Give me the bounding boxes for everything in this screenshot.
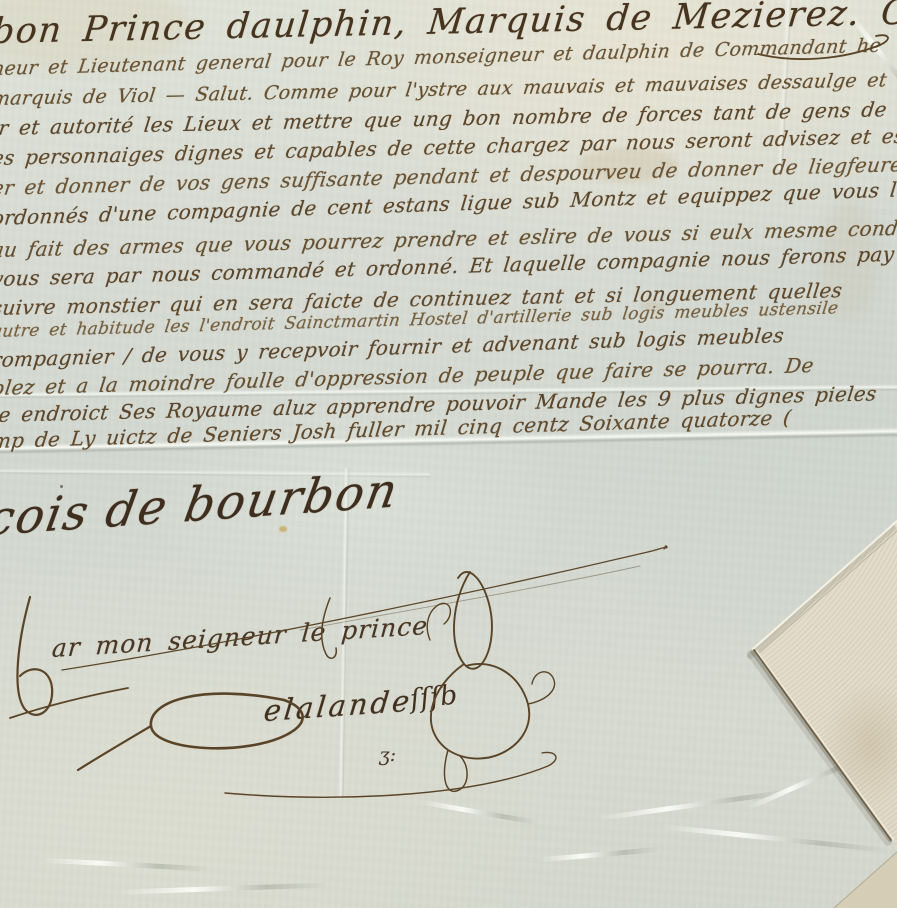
paper-wrinkle	[660, 824, 889, 853]
paraph-tail	[10, 688, 128, 718]
small-yellow-fleck	[279, 526, 287, 532]
sheet-edge-highlight-lower	[757, 651, 894, 840]
sheet-edge-shadow-upper	[750, 528, 893, 656]
paper-wrinkle	[745, 750, 875, 812]
sheet-edge-highlight-upper	[753, 521, 897, 649]
paper-wrinkle	[120, 882, 330, 894]
paper-wrinkle	[540, 847, 660, 862]
cipher-small-loop	[427, 603, 450, 640]
under-sheet-edge	[834, 852, 897, 908]
paper-wrinkle	[420, 800, 539, 826]
signature-flourish-marks: ſſſb	[409, 680, 459, 716]
manuscript-photo: bon Prince daulphin, Marquis de Mezierez…	[0, 0, 897, 908]
paraph-initial	[17, 597, 52, 715]
sheet-edge-shadow-lower	[751, 654, 888, 842]
cipher-descender	[444, 750, 467, 791]
signature-francois-de-bourbon: çois de bourbon	[0, 463, 403, 548]
sheet-edge-hairline-upper	[757, 531, 897, 655]
signature-delalande: elalande	[262, 683, 414, 728]
docket-line: ar mon seigneur le prince	[51, 611, 429, 663]
pen-stroke-dot	[664, 545, 667, 548]
paper-wrinkle	[40, 858, 210, 872]
sheet-edge-line-lower	[754, 650, 891, 840]
cipher-right-bump	[528, 672, 555, 704]
delalande-d-tail	[78, 726, 151, 770]
paper-wrinkle	[599, 788, 798, 821]
cipher-loop-upper	[454, 572, 492, 669]
sheet-edge-shadow-lower-inner	[752, 652, 890, 841]
notary-mark: ʒ:	[379, 744, 396, 766]
